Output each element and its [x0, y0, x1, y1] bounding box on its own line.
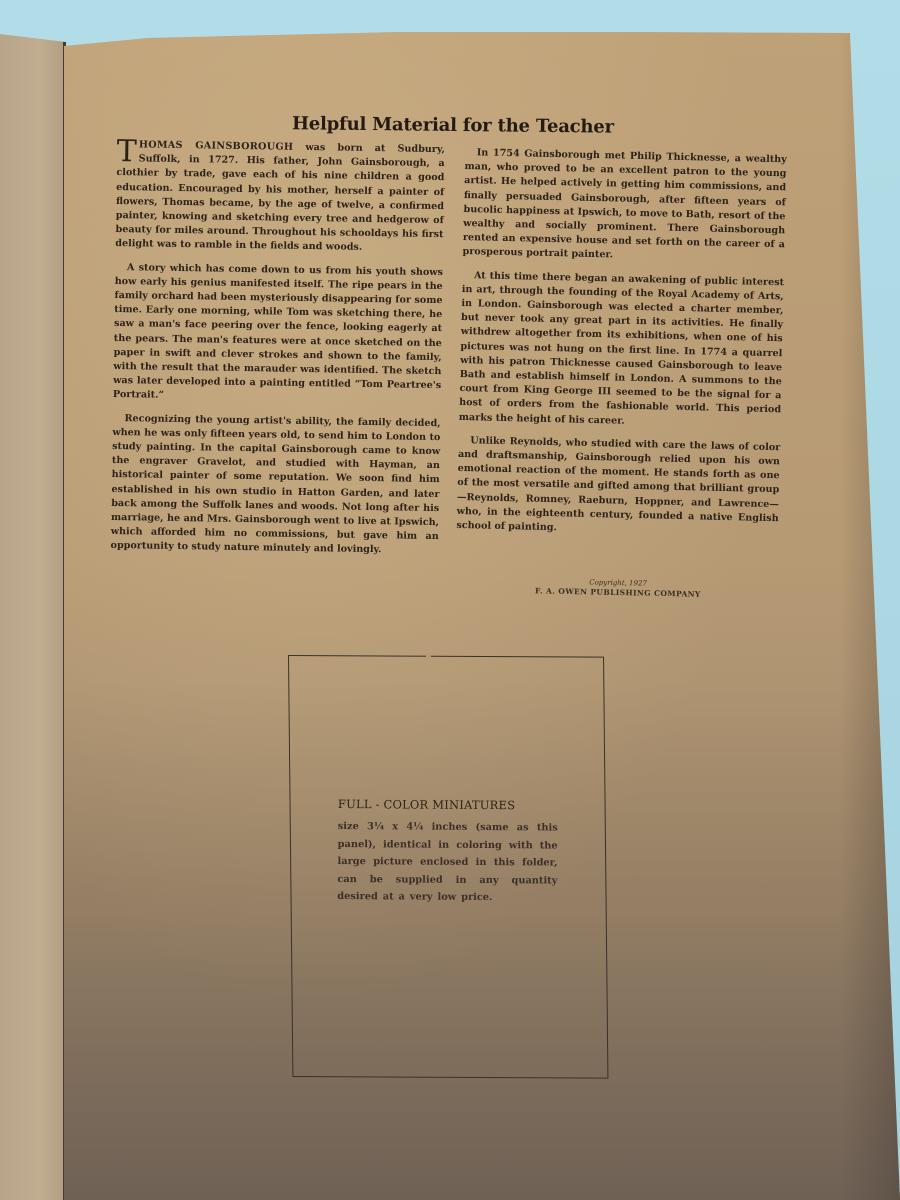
- paragraph-london-study: Recognizing the young artist's ability, …: [110, 412, 440, 559]
- paragraph-intro: THOMAS GAINSBOROUGH was born at Sudbury,…: [115, 138, 445, 257]
- copyright-notice: Copyright, 1927 F. A. OWEN PUBLISHING CO…: [508, 576, 728, 601]
- paragraph-legacy: Unlike Reynolds, who studied with care t…: [456, 434, 780, 541]
- page-title: Helpful Material for the Teacher: [292, 113, 632, 138]
- panel-heading: FULL - COLOR MINIATURES: [338, 797, 558, 813]
- paragraph-royal-academy: At this time there began an awakening of…: [459, 269, 784, 432]
- frame-notch: [426, 654, 431, 659]
- drop-cap: T: [117, 140, 137, 164]
- paragraph-pear-story: A story which has come down to us from h…: [113, 261, 443, 408]
- miniature-panel-text: FULL - COLOR MINIATURES size 3¼ x 4¼ inc…: [337, 797, 558, 907]
- page-content: Helpful Material for the Teacher THOMAS …: [0, 0, 900, 1200]
- lead-name: HOMAS GAINSBOROUGH: [139, 139, 294, 152]
- paragraph-thicknesse: In 1754 Gainsborough met Philip Thicknes…: [462, 146, 786, 267]
- panel-body: size 3¼ x 4¼ inches (same as this panel)…: [337, 818, 558, 907]
- left-column: THOMAS GAINSBOROUGH was born at Sudbury,…: [110, 138, 445, 568]
- right-column: In 1754 Gainsborough met Philip Thicknes…: [456, 146, 787, 549]
- paragraph-text: was born at Sudbury, Suffolk, in 1727. H…: [115, 142, 445, 254]
